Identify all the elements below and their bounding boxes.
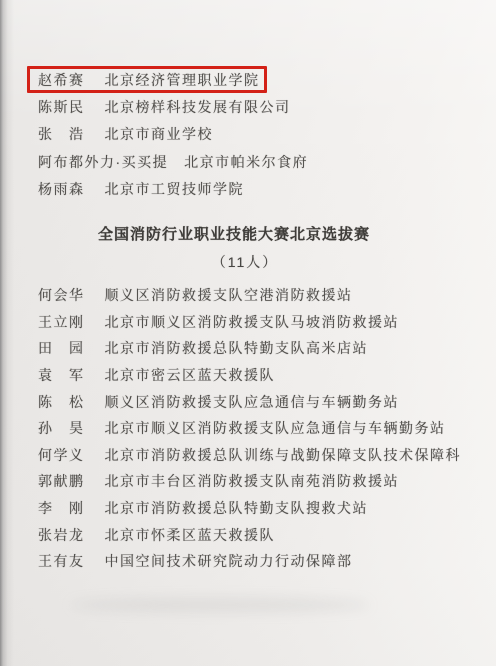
list-item: 阿布都外力·买买提 北京市帕米尔食府 [38, 148, 470, 175]
organization: 北京市顺义区消防救援支队马坡消防救援站 [105, 312, 400, 332]
organization: 北京市帕米尔食府 [184, 152, 308, 172]
section-participant-count: （11人） [38, 249, 470, 276]
winner-list-fire-competition: 何会华 顺义区消防救援支队空港消防救援站 王立刚 北京市顺义区消防救援支队马坡消… [38, 282, 470, 575]
organization: 北京市丰台区消防救援支队南苑消防救援站 [105, 471, 400, 491]
list-item: 何会华 顺义区消防救援支队空港消防救援站 [38, 282, 470, 309]
list-item: 陈斯民 北京榜样科技发展有限公司 [38, 93, 470, 120]
person-name: 李 刚 [38, 498, 89, 518]
person-name: 田 园 [38, 338, 89, 358]
list-item: 王立刚 北京市顺义区消防救援支队马坡消防救援站 [38, 309, 470, 336]
organization: 北京市消防救援总队训练与战勤保障支队技术保障科 [105, 445, 462, 465]
organization: 顺义区消防救援支队空港消防救援站 [105, 285, 353, 305]
organization: 北京经济管理职业学院 [105, 70, 260, 90]
person-name: 孙 昊 [38, 418, 89, 438]
list-item: 袁 军 北京市密云区蓝天救援队 [38, 362, 470, 389]
person-name: 王有友 [38, 551, 89, 571]
organization: 北京市怀柔区蓝天救援队 [105, 525, 276, 545]
person-name: 陈斯民 [38, 97, 89, 117]
organization: 北京市工贸技师学院 [105, 179, 245, 199]
list-item: 孙 昊 北京市顺义区消防救援支队应急通信与车辆勤务站 [38, 415, 470, 442]
list-item: 张 浩 北京市商业学校 [38, 121, 470, 148]
document-page: 赵希赛 北京经济管理职业学院 陈斯民 北京榜样科技发展有限公司 张 浩 北京市商… [0, 0, 496, 666]
person-name: 陈 松 [38, 392, 89, 412]
person-name: 阿布都外力·买买提 [38, 152, 168, 172]
list-item: 赵希赛 北京经济管理职业学院 [38, 66, 470, 93]
person-name: 郭献鹏 [38, 471, 89, 491]
list-item: 郭献鹏 北京市丰台区消防救援支队南苑消防救援站 [38, 468, 470, 495]
person-name: 杨雨森 [38, 179, 89, 199]
organization: 北京市商业学校 [105, 124, 214, 144]
list-item: 李 刚 北京市消防救援总队特勤支队搜救犬站 [38, 495, 470, 522]
person-name: 王立刚 [38, 312, 89, 332]
section-title: 全国消防行业职业技能大赛北京选拔赛 [38, 221, 470, 248]
organization: 中国空间技术研究院动力行动保障部 [105, 551, 353, 571]
list-item: 何学义 北京市消防救援总队训练与战勤保障支队技术保障科 [38, 442, 470, 469]
person-name: 赵希赛 [38, 70, 89, 90]
organization: 北京市顺义区消防救援支队应急通信与车辆勤务站 [105, 418, 446, 438]
page-shadow-smudge [70, 598, 370, 612]
page-content: 赵希赛 北京经济管理职业学院 陈斯民 北京榜样科技发展有限公司 张 浩 北京市商… [38, 66, 470, 574]
person-name: 何会华 [38, 285, 89, 305]
person-name: 张岩龙 [38, 525, 89, 545]
organization: 北京市消防救援总队特勤支队高米店站 [105, 338, 369, 358]
list-item: 杨雨森 北京市工贸技师学院 [38, 176, 470, 203]
person-name: 袁 军 [38, 365, 89, 385]
list-item: 王有友 中国空间技术研究院动力行动保障部 [38, 548, 470, 575]
organization: 北京榜样科技发展有限公司 [105, 97, 291, 117]
person-name: 何学义 [38, 445, 89, 465]
list-item: 张岩龙 北京市怀柔区蓝天救援队 [38, 521, 470, 548]
list-item: 田 园 北京市消防救援总队特勤支队高米店站 [38, 335, 470, 362]
winner-list-top: 赵希赛 北京经济管理职业学院 陈斯民 北京榜样科技发展有限公司 张 浩 北京市商… [38, 66, 470, 203]
organization: 顺义区消防救援支队应急通信与车辆勤务站 [105, 392, 400, 412]
person-name: 张 浩 [38, 124, 89, 144]
organization: 北京市消防救援总队特勤支队搜救犬站 [105, 498, 369, 518]
organization: 北京市密云区蓝天救援队 [105, 365, 276, 385]
page-left-edge-shadow [0, 0, 14, 666]
list-item: 陈 松 顺义区消防救援支队应急通信与车辆勤务站 [38, 388, 470, 415]
